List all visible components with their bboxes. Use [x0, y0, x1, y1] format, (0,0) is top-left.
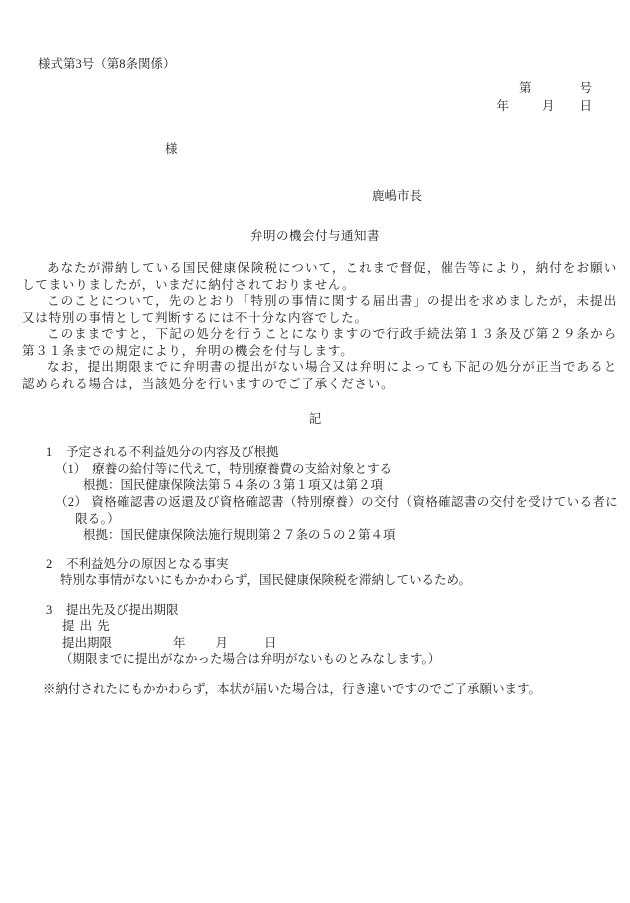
section-3-heading: 3提出先及び提出期限	[46, 602, 179, 619]
document-number-prefix: 第	[519, 81, 532, 95]
body-paragraphs: あなたが滞納している国民健康保険税について，これまで督促，催告等により，納付をお…	[22, 260, 617, 392]
section-2-body: 特別な事情がないにもかかわらず，国民健康保険税を滞納しているため。	[60, 572, 471, 589]
document-date-line: 年月日	[496, 98, 592, 115]
form-style-label: 様式第3号（第8条関係）	[38, 56, 176, 73]
ki-marker: 記	[0, 411, 630, 428]
section-1-item-1: （1）療養の給付等に代えて，特別療養費の支給対象とする	[55, 461, 392, 478]
date-year-label: 年	[496, 99, 509, 113]
deadline-label: 提出期限	[62, 636, 112, 650]
sender-mayor: 鹿嶋市長	[372, 188, 422, 205]
paragraph-1: あなたが滞納している国民健康保険税について，これまで督促，催告等により，納付をお…	[22, 260, 617, 293]
item-1-basis: 根拠：国民健康保険法第５４条の３第１項又は第２項	[83, 477, 383, 494]
date-month-label: 月	[542, 99, 555, 113]
deadline-day-label: 日	[264, 636, 277, 650]
deadline-year-label: 年	[173, 636, 186, 650]
section-3-title: 提出先及び提出期限	[66, 603, 179, 617]
deadline-month-label: 月	[216, 636, 229, 650]
section-1-number: 1	[46, 444, 54, 461]
document-number-line: 第号	[519, 80, 592, 97]
submission-deadline-line: 提出期限年月日	[62, 635, 277, 652]
item-2-text: 資格確認書の返還及び資格確認書（特別療養）の交付（資格確認書の交付を受けている者…	[75, 495, 618, 526]
item-1-text: 療養の給付等に代えて，特別療養費の支給対象とする	[92, 462, 392, 476]
document-number-suffix: 号	[579, 81, 592, 95]
paragraph-2: このことについて，先のとおり「特別の事情に関する届出書」の提出を求めましたが，未…	[22, 293, 617, 326]
section-2-heading: 2不利益処分の原因となる事実	[46, 556, 229, 573]
notice-document-page: 様式第3号（第8条関係） 第号 年月日 様 鹿嶋市長 弁明の機会付与通知書 あな…	[0, 0, 630, 903]
section-1-title: 予定される不利益処分の内容及び根拠	[66, 445, 279, 459]
section-2-number: 2	[46, 556, 54, 573]
document-title: 弁明の機会付与通知書	[0, 228, 630, 245]
paragraph-3: このままですと，下記の処分を行うことになりますので行政手続法第１３条及び第２９条…	[22, 326, 617, 359]
payment-crossing-footnote: ※納付されたにもかかわらず，本状が届いた場合は，行き違いですのでご了承願います。	[43, 681, 541, 698]
section-2-title: 不利益処分の原因となる事実	[66, 557, 229, 571]
section-3-number: 3	[46, 602, 54, 619]
section-1-item-2: （2）資格確認書の返還及び資格確認書（特別療養）の交付（資格確認書の交付を受けて…	[55, 494, 618, 527]
date-day-label: 日	[579, 99, 592, 113]
addressee-honorific: 様	[165, 141, 178, 158]
deadline-note: （期限までに提出がなかった場合は弁明がないものとみなします。）	[60, 651, 440, 668]
item-2-basis: 根拠：国民健康保険法施行規則第２７条の５の２第４項	[83, 527, 396, 544]
item-2-label: （2）	[55, 495, 87, 509]
section-1-heading: 1予定される不利益処分の内容及び根拠	[46, 444, 279, 461]
paragraph-4: なお，提出期限までに弁明書の提出がない場合又は弁明によっても下記の処分が正当であ…	[22, 359, 617, 392]
item-1-label: （1）	[55, 462, 86, 476]
submission-destination-label: 提 出 先	[62, 618, 111, 635]
